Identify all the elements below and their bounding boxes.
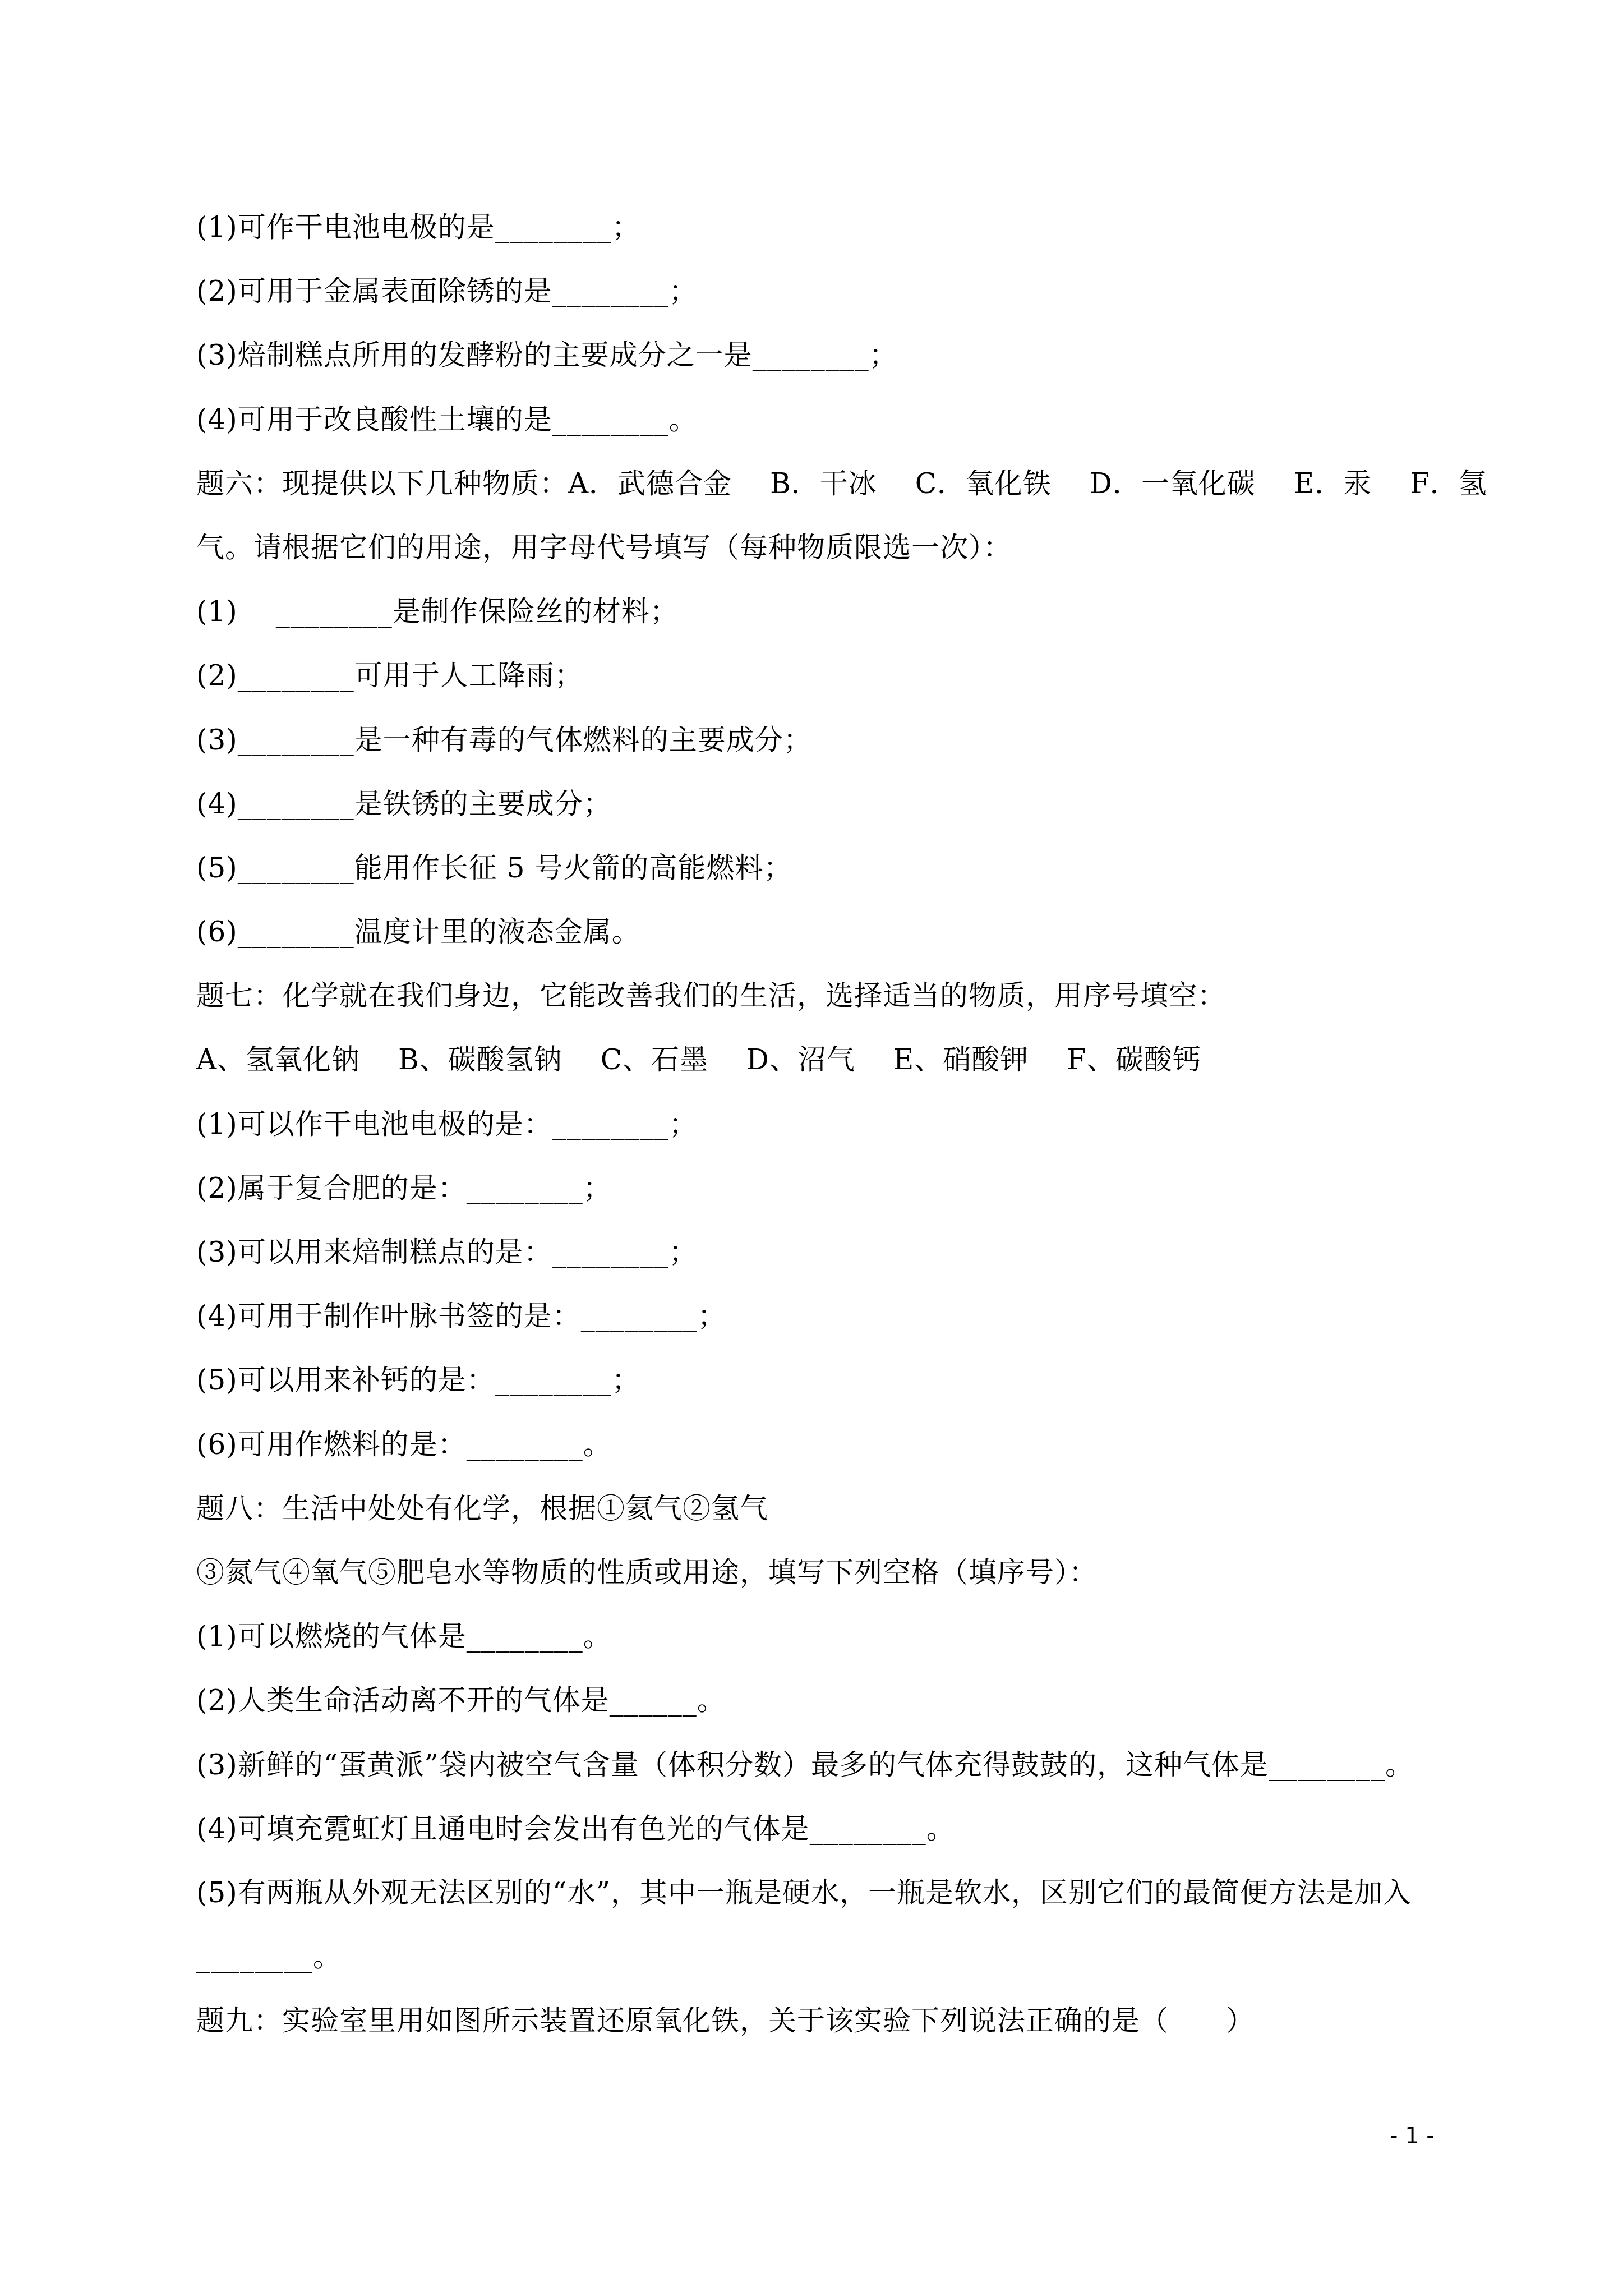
q8-item-2: (2)人类生命活动离不开的气体是______。: [196, 1668, 1447, 1732]
q7-item-2: (2)属于复合肥的是：________；: [196, 1156, 1447, 1220]
q5-item-2: (2)可用于金属表面除锈的是________；: [196, 259, 1447, 323]
page-number: - 1 -: [1390, 2123, 1435, 2149]
question-6-stem-cont: 气。请根据它们的用途，用字母代号填写（每种物质限选一次）：: [196, 516, 1447, 579]
document-body: (1)可作干电池电极的是________； (2)可用于金属表面除锈的是____…: [196, 195, 1447, 2053]
q7-item-4: (4)可用于制作叶脉书签的是：________；: [196, 1284, 1447, 1348]
q7-item-3: (3)可以用来焙制糕点的是：________；: [196, 1220, 1447, 1284]
q6-item-3: (3)________是一种有毒的气体燃料的主要成分；: [196, 708, 1447, 772]
question-6-stem: 题六：现提供以下几种物质：A．武德合金 B．干冰 C．氧化铁 D．一氧化碳 E．…: [196, 452, 1447, 516]
question-8-stem-cont: ③氮气④氧气⑤肥皂水等物质的性质或用途，填写下列空格（填序号）：: [196, 1540, 1447, 1604]
q8-item-5-cont: ________。: [196, 1925, 1447, 1989]
document-page: (1)可作干电池电极的是________； (2)可用于金属表面除锈的是____…: [0, 0, 1623, 2296]
question-7-stem: 题七：化学就在我们身边，它能改善我们的生活，选择适当的物质，用序号填空：: [196, 964, 1447, 1028]
q8-item-3: (3)新鲜的“蛋黄派”袋内被空气含量（体积分数）最多的气体充得鼓鼓的，这种气体是…: [196, 1733, 1447, 1797]
q7-item-5: (5)可以用来补钙的是：________；: [196, 1348, 1447, 1412]
q6-item-5: (5)________能用作长征 5 号火箭的高能燃料；: [196, 836, 1447, 900]
q5-item-3: (3)焙制糕点所用的发酵粉的主要成分之一是________；: [196, 323, 1447, 387]
q7-item-6: (6)可用作燃料的是：________。: [196, 1412, 1447, 1476]
q8-item-4: (4)可填充霓虹灯且通电时会发出有色光的气体是________。: [196, 1797, 1447, 1861]
q8-item-5: (5)有两瓶从外观无法区别的“水”，其中一瓶是硬水，一瓶是软水，区别它们的最简便…: [196, 1861, 1447, 1925]
q6-item-1: (1) ________是制作保险丝的材料；: [196, 579, 1447, 643]
question-8-stem: 题八：生活中处处有化学，根据①氦气②氢气: [196, 1476, 1447, 1540]
q6-item-6: (6)________温度计里的液态金属。: [196, 900, 1447, 964]
q6-item-2: (2)________可用于人工降雨；: [196, 643, 1447, 707]
question-7-options: A、氢氧化钠 B、碳酸氢钠 C、石墨 D、沼气 E、硝酸钾 F、碳酸钙: [196, 1028, 1447, 1092]
q5-item-1: (1)可作干电池电极的是________；: [196, 195, 1447, 259]
q6-item-4: (4)________是铁锈的主要成分；: [196, 772, 1447, 836]
q8-item-1: (1)可以燃烧的气体是________。: [196, 1604, 1447, 1668]
q7-item-1: (1)可以作干电池电极的是：________；: [196, 1092, 1447, 1156]
question-9-stem: 题九：实验室里用如图所示装置还原氧化铁，关于该实验下列说法正确的是（ ）: [196, 1989, 1447, 2053]
q5-item-4: (4)可用于改良酸性土壤的是________。: [196, 388, 1447, 452]
